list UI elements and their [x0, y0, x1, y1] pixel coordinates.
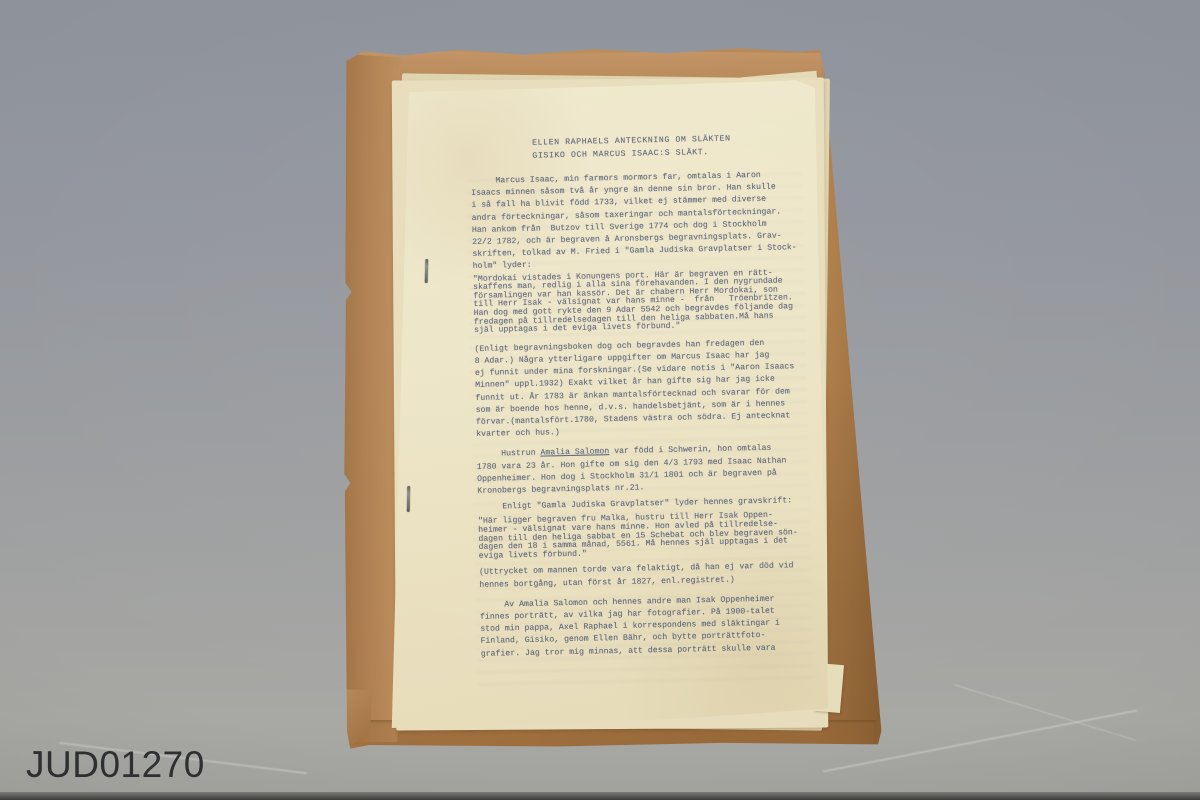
document-title: ELLEN RAPHAELS ANTECKNING OM SLÄKTENGISI…: [532, 131, 822, 163]
typewritten-page: ELLEN RAPHAELS ANTECKNING OM SLÄKTENGISI…: [390, 80, 828, 728]
paragraph-uttrycket-note: (Uttrycket om mannen torde vara felaktig…: [479, 560, 831, 592]
title-line-2: GISIKO OCH MARCUS ISAAC:S SLÄKT.: [532, 148, 709, 161]
gravestone-quote-mordokai: "Mordokai vistades i Konungens port. Här…: [473, 268, 826, 336]
background-scratch: [954, 684, 1136, 741]
staple-top: [425, 259, 429, 283]
paragraph-portraits: Av Amalia Salomon och hennes andre man I…: [480, 592, 833, 660]
text-before-name: Hustrun: [477, 449, 541, 459]
catalog-number-label: JUD01270: [26, 744, 205, 786]
table-edge: [0, 792, 1200, 800]
paragraph-marcus-isaac: Marcus Isaac, min farmors mormors far, o…: [471, 169, 825, 274]
staple-bottom: [407, 486, 410, 512]
paragraph-hustrun-amalia: Hustrun Amalia Salomon var född i Schwer…: [477, 442, 830, 498]
underlined-name-amalia-salomon: Amalia Salomon: [540, 448, 609, 458]
archive-photograph: ELLEN RAPHAELS ANTECKNING OM SLÄKTENGISI…: [0, 0, 1200, 800]
paragraph-research-notes: (Enligt begravningsboken dog och begravd…: [474, 336, 828, 441]
typed-text-block: ELLEN RAPHAELS ANTECKNING OM SLÄKTENGISI…: [470, 131, 833, 668]
gravestone-quote-malka: "Här ligger begraven fru Malka, hustru t…: [478, 511, 831, 561]
title-line-1: ELLEN RAPHAELS ANTECKNING OM SLÄKTEN: [532, 135, 731, 148]
